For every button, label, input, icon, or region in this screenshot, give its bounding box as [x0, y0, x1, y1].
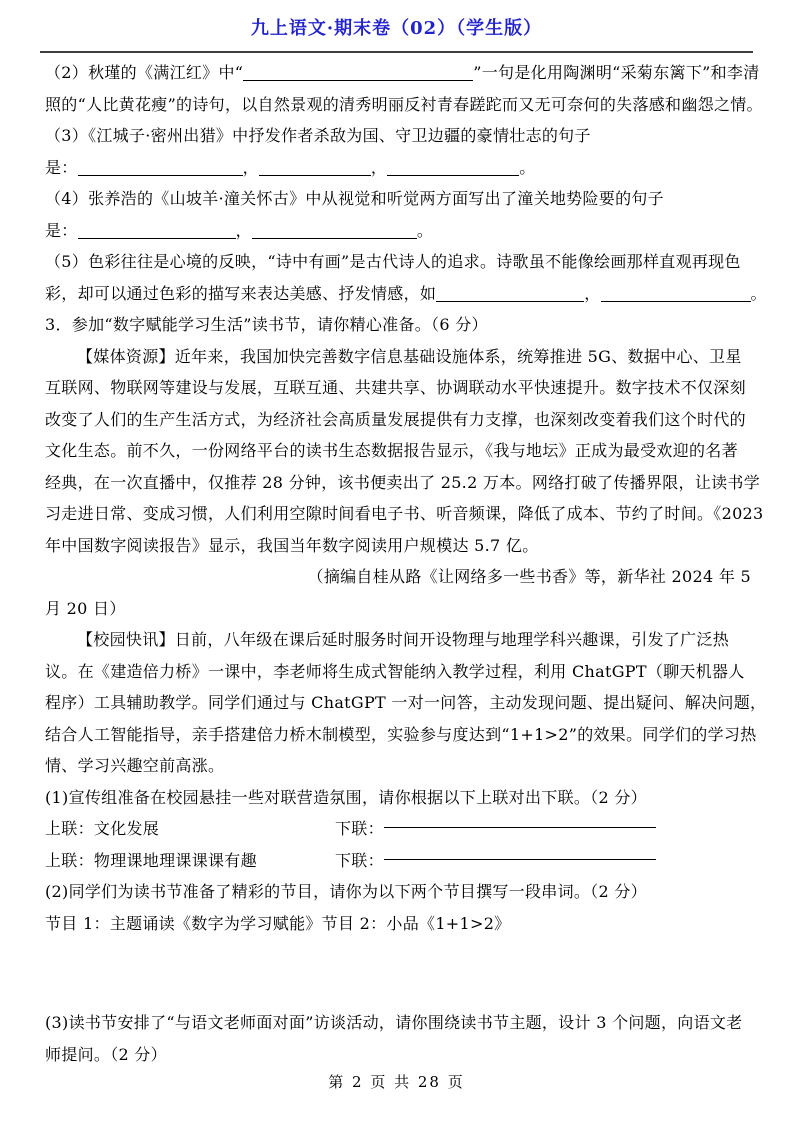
campus-paragraph-line: 情、学习兴趣空前高涨。 [45, 750, 751, 782]
source-line-2: 月 20 日） [45, 593, 751, 625]
answer-blank [436, 287, 584, 302]
q4-heading: （4）张养浩的《山坡羊·潼关怀古》中从视觉和听觉两方面写出了潼关地势险要的句子 [45, 183, 751, 215]
page-number: 第 2 页 共 28 页 [0, 1072, 793, 1092]
q3-answer-line: 是：，，。 [45, 152, 751, 184]
campus-paragraph-line: 结合人工智能指导，亲手搭建倍力桥木制模型，实验参与度达到“1+1>2”的效果。同… [45, 719, 751, 751]
xialian-label: 下联： [335, 845, 384, 877]
q3-heading: （3）《江城子·密州出猎》中抒发作者杀敌为国、守卫边疆的豪情壮志的句子 [45, 120, 751, 152]
period: 。 [519, 158, 535, 177]
answer-blank [78, 224, 236, 239]
q4-prefix: 是： [45, 221, 78, 240]
q2-line-2: 照的“人比黄花瘦”的诗句，以自然景观的清秀明丽反衬青春蹉跎而又无可奈何的失落感和… [45, 89, 751, 121]
campus-paragraph-line: 程序）工具辅助教学。同学们通过与 ChatGPT 一对一问答，主动发现问题、提出… [45, 687, 751, 719]
media-paragraph-line: 【媒体资源】近年来，我国加快完善数字信息基础设施体系，统筹推进 5G、数据中心、… [45, 341, 751, 373]
shanglian-label: 上联：物理课地理课课课有趣 [45, 845, 335, 877]
media-paragraph-line: 习走进日常、变成习惯，人们利用空隙时间看电子书、听音频课，降低了成本、节约了时间… [45, 498, 751, 530]
q4-answer-line: 是：，。 [45, 215, 751, 247]
task-3-line-1: (3)读书节安排了“与语文老师面对面”访谈活动，请你围绕读书节主题，设计 3 个… [45, 1007, 751, 1039]
q2-line-1: （2）秋瑾的《满江红》中“”一句是化用陶渊明“采菊东篱下”和李清 [45, 57, 751, 89]
media-paragraph-line: 改变了人们的生产生活方式，为经济社会高质量发展提供有力支撑，也深刻改变着我们这个… [45, 404, 751, 436]
answer-blank [387, 161, 519, 176]
media-paragraph-line: 经典，在一次直播中，仅推荐 28 分钟，该书便卖出了 25.2 万本。网络打破了… [45, 467, 751, 499]
media-paragraph-line: 互联网、物联网等建设与发展，互联互通、共建共享、协调联动水平快速提升。数字技术不… [45, 372, 751, 404]
comma: ， [371, 158, 387, 177]
period: 。 [417, 221, 433, 240]
answer-blank [252, 224, 417, 239]
page-header: 九上语文·期末卷（02）（学生版） [0, 0, 793, 53]
q5-text-pre: 彩，却可以通过色彩的描写来表达美感、抒发情感，如 [45, 284, 436, 303]
q2-text-pre: （2）秋瑾的《满江红》中“ [45, 63, 243, 82]
source-line-1: （摘编自桂从路《让网络多一些书香》等，新华社 2024 年 5 [45, 561, 751, 593]
couplet-answer-blank [384, 813, 656, 828]
answer-space [45, 939, 751, 1007]
q3-prefix: 是： [45, 158, 78, 177]
couplet-row: 上联：物理课地理课课课有趣 下联： [45, 845, 751, 877]
comma: ， [243, 158, 259, 177]
answer-blank [259, 161, 371, 176]
task-3-line-2: 师提问。（2 分） [45, 1039, 751, 1071]
page-body: （2）秋瑾的《满江红》中“”一句是化用陶渊明“采菊东篱下”和李清 照的“人比黄花… [0, 53, 793, 1070]
couplet-answer-blank [384, 845, 656, 860]
period: 。 [751, 284, 767, 303]
answer-blank [601, 287, 751, 302]
media-paragraph-line: 文化生态。前不久，一份网络平台的读书生态数据报告显示，《我与地坛》正成为最受欢迎… [45, 435, 751, 467]
q2-text-post: ”一句是化用陶渊明“采菊东篱下”和李清 [473, 63, 759, 82]
exam-page: 九上语文·期末卷（02）（学生版） （2）秋瑾的《满江红》中“”一句是化用陶渊明… [0, 0, 793, 1122]
task-2-text: (2)同学们为读书节准备了精彩的节目，请你为以下两个节目撰写一段串词。（2 分） [45, 876, 751, 908]
couplet-row: 上联：文化发展 下联： [45, 813, 751, 845]
answer-blank [78, 161, 243, 176]
question-3-heading: 3．参加“数字赋能学习生活”读书节，请你精心准备。（6 分） [45, 309, 751, 341]
q5-line-2: 彩，却可以通过色彩的描写来表达美感、抒发情感，如，。 [45, 278, 751, 310]
shanglian-label: 上联：文化发展 [45, 813, 335, 845]
task-1-text: (1)宣传组准备在校园悬挂一些对联营造氛围，请你根据以下上联对出下联。（2 分） [45, 782, 751, 814]
campus-paragraph-line: 议。在《建造倍力桥》一课中，李老师将生成式智能纳入教学过程，利用 ChatGPT… [45, 656, 751, 688]
xialian-label: 下联： [335, 813, 384, 845]
q5-line-1: （5）色彩往往是心境的反映，“诗中有画”是古代诗人的追求。诗歌虽不能像绘画那样直… [45, 246, 751, 278]
programs-line: 节目 1：主题诵读《数字为学习赋能》节目 2：小品《1+1>2》 [45, 908, 751, 940]
media-paragraph-line: 年中国数字阅读报告》显示，我国当年数字阅读用户规模达 5.7 亿。 [45, 530, 751, 562]
page-title: 九上语文·期末卷（02）（学生版） [40, 16, 753, 42]
comma: ， [236, 221, 252, 240]
campus-paragraph-line: 【校园快讯】日前，八年级在课后延时服务时间开设物理与地理学科兴趣课，引发了广泛热 [45, 624, 751, 656]
comma: ， [584, 284, 600, 303]
answer-blank [243, 66, 473, 81]
